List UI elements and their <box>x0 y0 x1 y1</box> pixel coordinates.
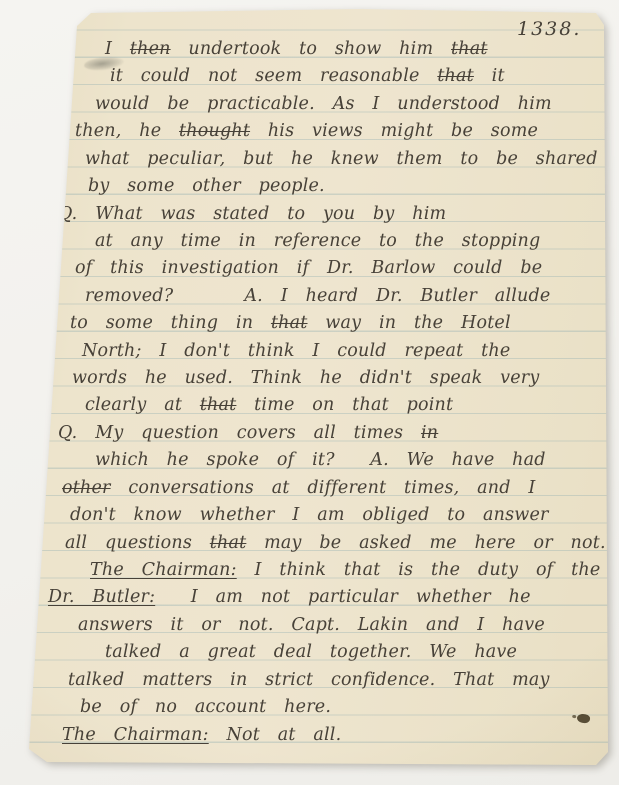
manuscript-line: talked matters in strict confidence. Tha… <box>68 667 550 694</box>
word-segment: at any time in reference to the stopping <box>95 231 540 251</box>
manuscript-line: then, he thought his views might be some <box>75 118 538 145</box>
word-segment: words he used. Think he didn't speak ver… <box>72 368 539 388</box>
manuscript-line: which he spoke of it? A. We have had <box>95 447 546 474</box>
word-segment: don't know whether I am obliged to answe… <box>70 505 549 525</box>
manuscript-line: I then undertook to show him that <box>105 36 488 63</box>
manuscript-line: by some other people. <box>88 173 325 200</box>
manuscript-text: I then undertook to show him thatit coul… <box>0 0 619 785</box>
word-segment: conversations at different times, and I <box>111 478 536 498</box>
word-segment: talked matters in strict confidence. Tha… <box>68 670 550 690</box>
manuscript-line: removed? A. I heard Dr. Butler allude <box>85 283 550 310</box>
word-segment: it could not seem reasonable <box>110 66 437 86</box>
word-segment: I think that is the duty of the witness <box>237 560 619 580</box>
word-segment: clearly at <box>85 395 200 415</box>
word-segment: what peculiar, but he knew them to be sh… <box>85 149 598 169</box>
speaker-label: The Chairman: <box>90 560 237 580</box>
scanned-page: 1338. I then undertook to show him thati… <box>0 0 619 785</box>
word-segment: removed? A. I heard Dr. Butler allude <box>85 286 550 306</box>
word-segment: Not at all. <box>209 725 342 745</box>
manuscript-line: at any time in reference to the stopping <box>95 228 540 255</box>
word-segment: would be practicable. As I understood hi… <box>95 94 552 114</box>
manuscript-line: don't know whether I am obliged to answe… <box>70 502 549 529</box>
manuscript-line: of this investigation if Dr. Barlow coul… <box>75 255 542 282</box>
word-segment: undertook to show him <box>171 39 451 59</box>
word-segment: his views might be some <box>250 121 538 141</box>
manuscript-line: Q. My question covers all times in <box>58 420 438 447</box>
paper-shadow: 1338. I then undertook to show him thati… <box>0 0 619 785</box>
struck-word: that <box>210 533 247 553</box>
struck-word: other <box>62 478 111 498</box>
word-segment: time on that point <box>236 395 453 415</box>
manuscript-line: talked a great deal together. We have <box>105 639 517 666</box>
word-segment: it <box>474 66 505 86</box>
manuscript-line: other conversations at different times, … <box>62 475 536 502</box>
manuscript-line: to some thing in that way in the Hotel <box>70 310 511 337</box>
word-segment: may be asked me here or not. <box>246 533 605 553</box>
manuscript-line: what peculiar, but he knew them to be sh… <box>85 146 598 173</box>
manuscript-line: words he used. Think he didn't speak ver… <box>72 365 539 392</box>
word-segment: answers it or not. Capt. Lakin and I hav… <box>78 615 545 635</box>
struck-word: that <box>200 395 237 415</box>
word-segment: which he spoke of it? A. We have had <box>95 450 546 470</box>
struck-word: that <box>437 66 474 86</box>
word-segment: be of no account here. <box>80 697 331 717</box>
speaker-label: Dr. Butler: <box>48 587 155 607</box>
struck-word: that <box>271 313 308 333</box>
manuscript-line: The Chairman: I think that is the duty o… <box>90 557 619 584</box>
word-segment: North; I don't think I could repeat the <box>82 341 510 361</box>
manuscript-line: it could not seem reasonable that it <box>110 63 505 90</box>
struck-word: then <box>130 39 171 59</box>
manuscript-line: North; I don't think I could repeat the <box>82 338 510 365</box>
word-segment: to some thing in <box>70 313 271 333</box>
word-segment: way in the Hotel <box>308 313 511 333</box>
manuscript-line: all questions that may be asked me here … <box>65 530 606 557</box>
word-segment: by some other people. <box>88 176 325 196</box>
manuscript-line: answers it or not. Capt. Lakin and I hav… <box>78 612 545 639</box>
manuscript-line: Q. What was stated to you by him <box>58 201 446 228</box>
word-segment: then, he <box>75 121 179 141</box>
struck-word: thought <box>179 121 250 141</box>
word-segment: I <box>105 39 130 59</box>
manuscript-line: would be practicable. As I understood hi… <box>95 91 552 118</box>
word-segment: Q. My question covers all times <box>58 423 421 443</box>
word-segment: I am not particular whether he <box>155 587 530 607</box>
manuscript-line: be of no account here. <box>80 694 331 721</box>
word-segment: talked a great deal together. We have <box>105 642 517 662</box>
word-segment: all questions <box>65 533 210 553</box>
manuscript-line: The Chairman: Not at all. <box>62 722 341 749</box>
word-segment: Q. What was stated to you by him <box>58 204 446 224</box>
manuscript-line: Dr. Butler: I am not particular whether … <box>48 584 531 611</box>
struck-word: in <box>421 423 438 443</box>
paper-sheet: 1338. I then undertook to show him thati… <box>0 0 619 785</box>
speaker-label: The Chairman: <box>62 725 209 745</box>
struck-word: that <box>451 39 488 59</box>
word-segment: of this investigation if Dr. Barlow coul… <box>75 258 542 278</box>
manuscript-line: clearly at that time on that point <box>85 392 453 419</box>
